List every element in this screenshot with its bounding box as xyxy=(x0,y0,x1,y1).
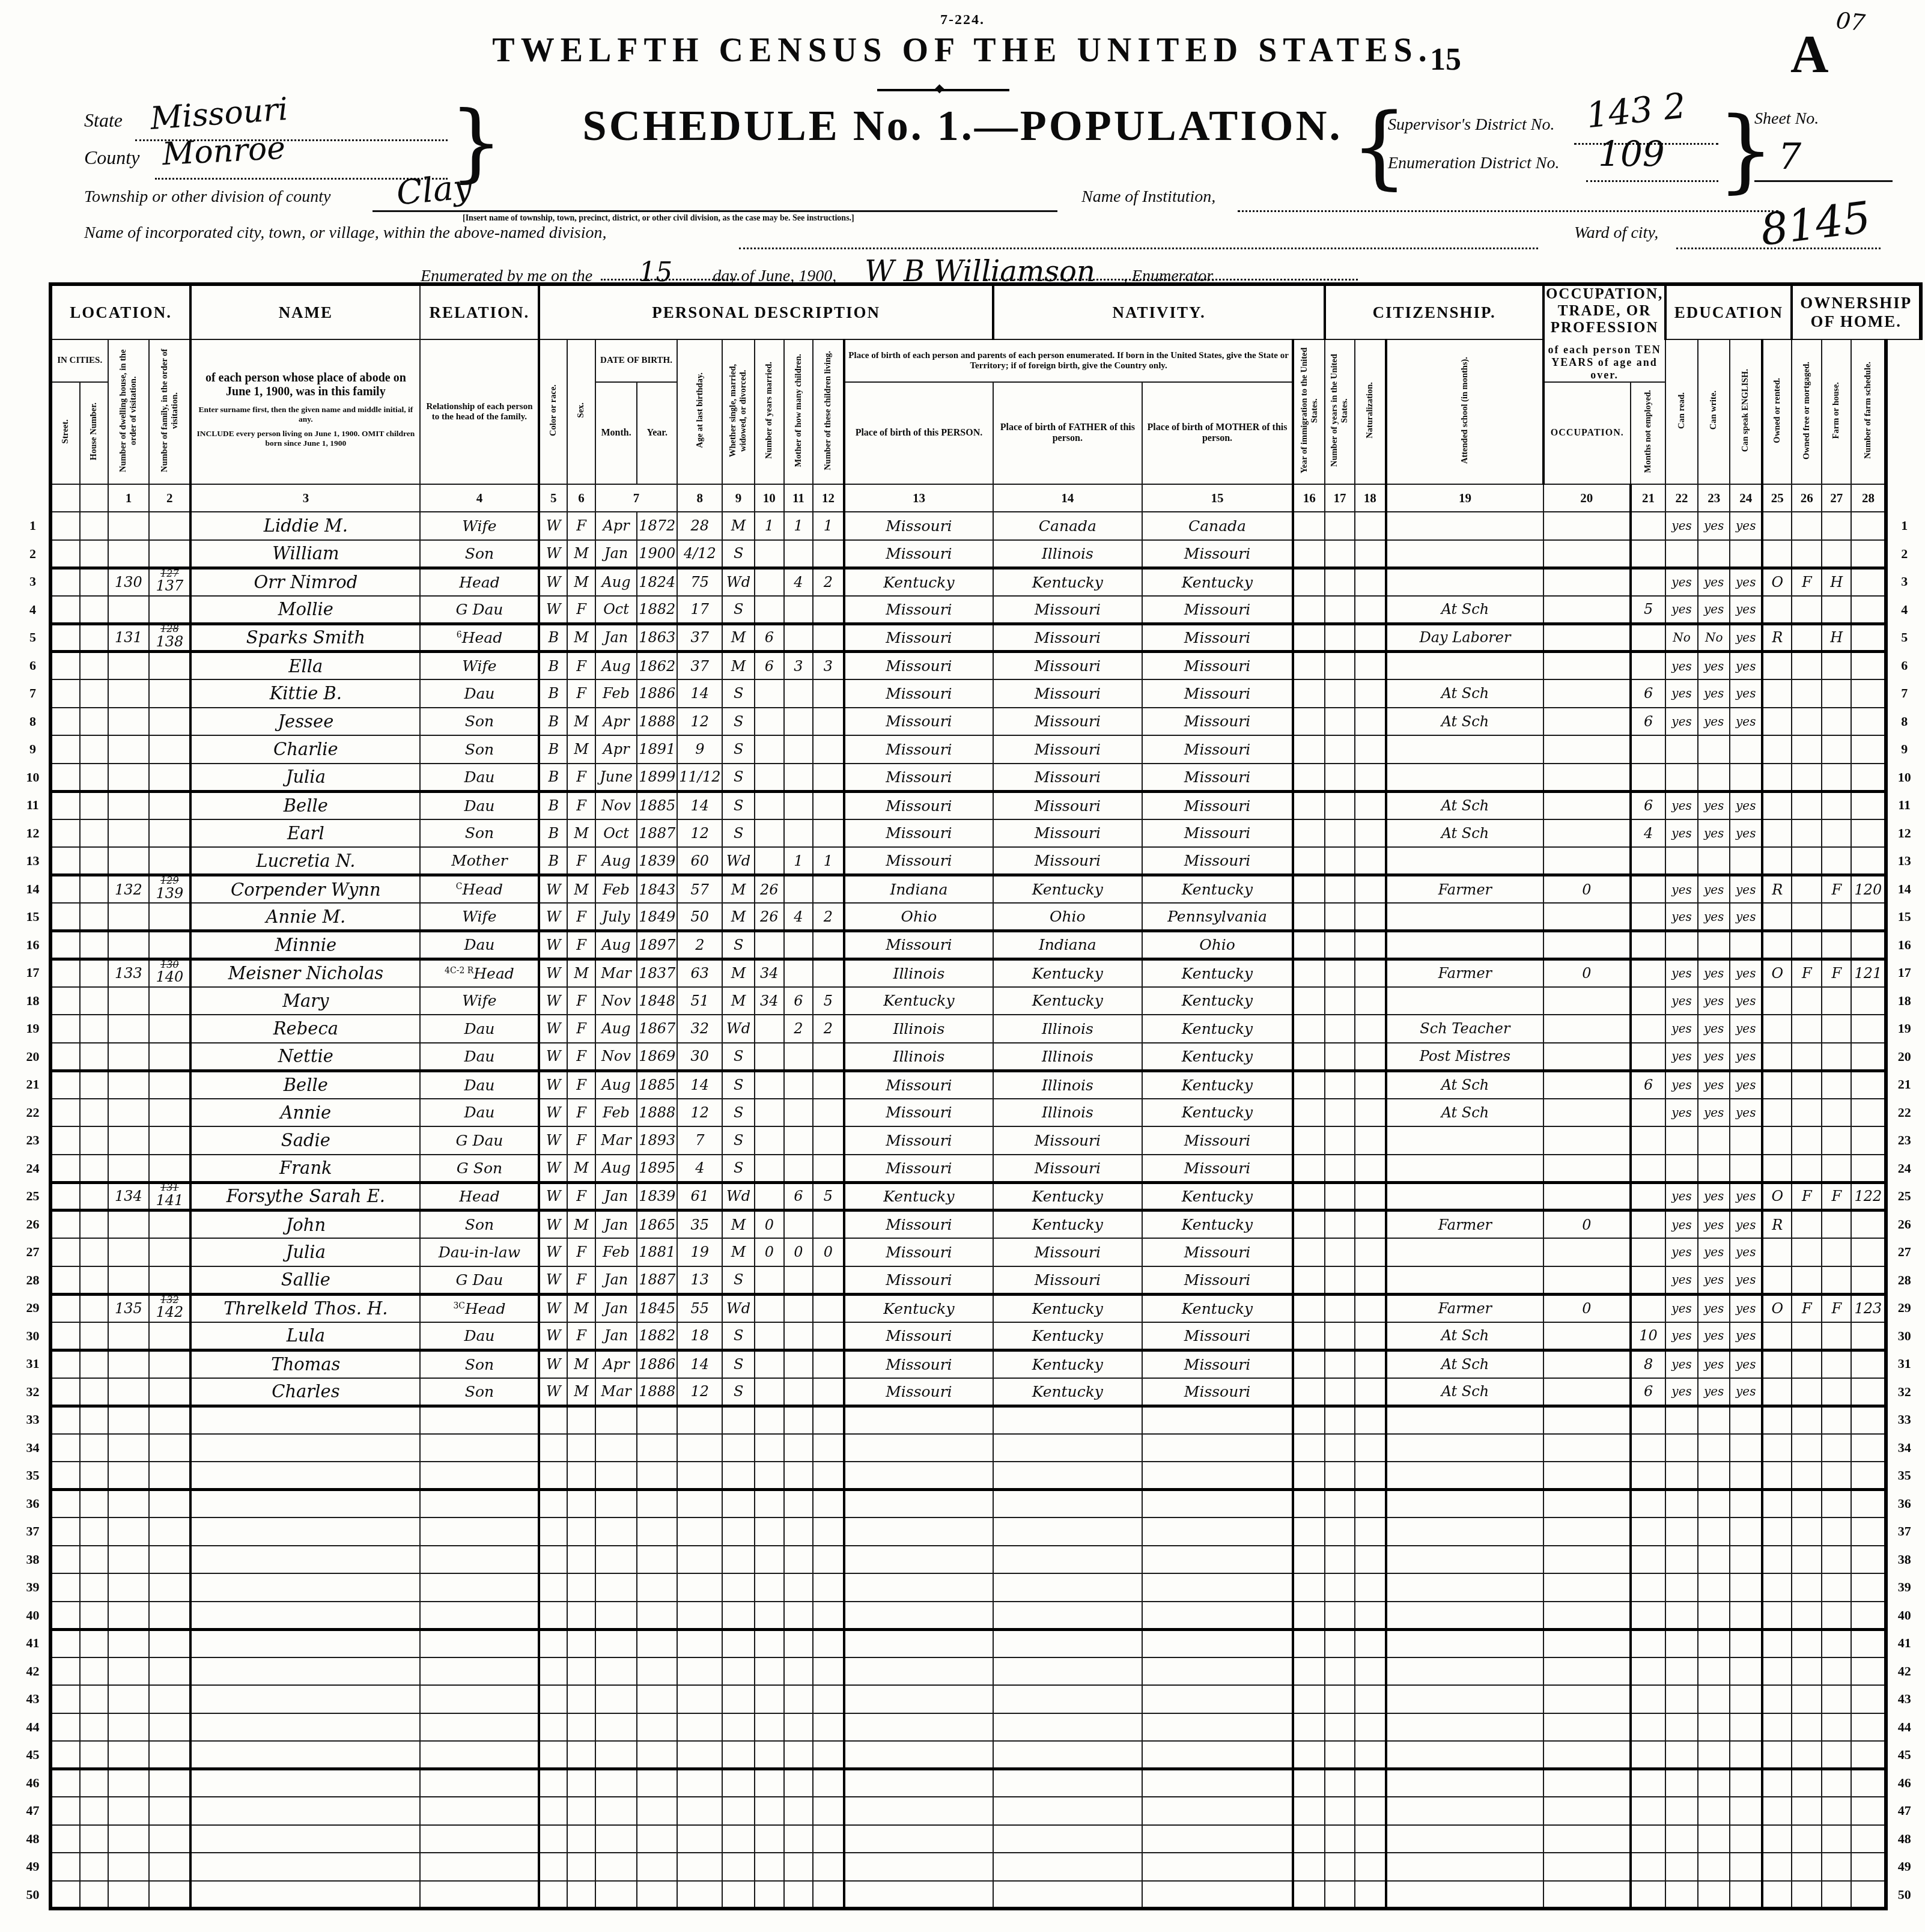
cell-cl xyxy=(813,1294,844,1322)
cell-mc xyxy=(784,1797,813,1825)
cell-wr: yes xyxy=(1698,1071,1730,1099)
cell-rl: Dau xyxy=(420,679,539,708)
census-row: 4040 xyxy=(17,1602,1925,1630)
cell-street xyxy=(50,1071,80,1099)
cell-p3 xyxy=(1142,1517,1294,1546)
cell-p3: Kentucky xyxy=(1142,875,1294,904)
col-pob-father-header: Place of birth of FATHER of this person. xyxy=(993,382,1142,484)
cell-mc: 1 xyxy=(784,512,813,540)
cell-ag: 55 xyxy=(677,1294,722,1322)
cell-sc xyxy=(1631,1182,1665,1211)
cell-p2: Missouri xyxy=(993,1266,1142,1295)
cell-p2: Missouri xyxy=(993,764,1142,792)
cell-s: M xyxy=(567,1294,595,1322)
cell-ms xyxy=(722,1629,754,1657)
line-number-left: 12 xyxy=(17,819,50,848)
cell-street xyxy=(50,1517,80,1546)
cell-p2 xyxy=(993,1685,1142,1713)
cell-by: 1881 xyxy=(637,1238,677,1266)
cell-yu xyxy=(1325,1155,1354,1183)
cell-iy xyxy=(1293,847,1325,875)
cell-ms: S xyxy=(722,1155,754,1183)
cell-nm: Forsythe Sarah E. xyxy=(190,1182,420,1211)
cell-ag: 37 xyxy=(677,652,722,680)
line-number-left: 45 xyxy=(17,1741,50,1769)
cell-na xyxy=(1355,1825,1386,1853)
cell-rl: Head xyxy=(420,1182,539,1211)
cell-ms: S xyxy=(722,596,754,624)
cell-rd xyxy=(1665,1155,1698,1183)
census-row: 27JuliaDau-in-lawWFFeb188119M000Missouri… xyxy=(17,1238,1925,1266)
census-row: 11BelleDauBFNov188514SMissouriMissouriMi… xyxy=(17,791,1925,819)
cell-mu xyxy=(1543,1378,1631,1406)
cell-street xyxy=(50,1099,80,1127)
cell-street xyxy=(50,540,80,568)
cell-ym: 34 xyxy=(755,959,784,987)
cell-rd: yes xyxy=(1665,1238,1698,1266)
cell-ns xyxy=(1851,624,1886,652)
cell-nm: Annie M. xyxy=(190,903,420,931)
cell-p3: Kentucky xyxy=(1142,568,1294,596)
cell-ms: S xyxy=(722,764,754,792)
line-number-left: 49 xyxy=(17,1853,50,1881)
cell-f: 129139 xyxy=(149,875,190,904)
cell-iy xyxy=(1293,1406,1325,1434)
cell-c: W xyxy=(539,1294,567,1322)
cell-fh xyxy=(1822,1434,1852,1462)
cell-ms xyxy=(722,1853,754,1881)
cell-ns xyxy=(1851,931,1886,959)
cell-ms xyxy=(722,1573,754,1602)
cell-street xyxy=(50,1238,80,1266)
cell-p2 xyxy=(993,1546,1142,1574)
cell-yu xyxy=(1325,1043,1354,1071)
cell-c xyxy=(539,1462,567,1490)
cell-s: F xyxy=(567,512,595,540)
cell-street xyxy=(50,1741,80,1769)
census-row: 2WilliamSonWMJan19004/12SMissouriIllinoi… xyxy=(17,540,1925,568)
cell-house xyxy=(80,1825,108,1853)
cell-p3: Missouri xyxy=(1142,1266,1294,1295)
ed-label: Enumeration District No. xyxy=(1388,154,1559,173)
cell-rl xyxy=(420,1881,539,1909)
cell-fr: F xyxy=(1792,568,1822,596)
cell-rd xyxy=(1665,1657,1698,1686)
cell-rd: yes xyxy=(1665,1294,1698,1322)
cell-d xyxy=(108,1685,150,1713)
sd-label: Supervisor's District No. xyxy=(1388,115,1554,135)
cell-en: yes xyxy=(1730,1238,1762,1266)
cell-rl xyxy=(420,1573,539,1602)
cell-en xyxy=(1730,1629,1762,1657)
cell-fr xyxy=(1792,1517,1822,1546)
cell-nm xyxy=(190,1602,420,1630)
cell-p2: Missouri xyxy=(993,652,1142,680)
cell-ym xyxy=(755,1126,784,1155)
cell-by xyxy=(637,1434,677,1462)
cell-sc xyxy=(1631,931,1665,959)
cell-en xyxy=(1730,1881,1762,1909)
cell-p3 xyxy=(1142,1546,1294,1574)
num-blank xyxy=(50,484,80,512)
cell-ns xyxy=(1851,791,1886,819)
cell-yu xyxy=(1325,1741,1354,1769)
cell-p2 xyxy=(993,1657,1142,1686)
cell-fh xyxy=(1822,1602,1852,1630)
cell-yu xyxy=(1325,1853,1354,1881)
cell-rd xyxy=(1665,1685,1698,1713)
cell-f xyxy=(149,1517,190,1546)
cell-rd: yes xyxy=(1665,1211,1698,1239)
col-number: 5 xyxy=(539,484,567,512)
cell-rl: G Dau xyxy=(420,1126,539,1155)
cell-nm: Mary xyxy=(190,987,420,1015)
cell-fr xyxy=(1792,1322,1822,1350)
cell-ow xyxy=(1762,1853,1792,1881)
cell-mu xyxy=(1543,819,1631,848)
cell-fh xyxy=(1822,1155,1852,1183)
cell-mc xyxy=(784,1434,813,1462)
cell-mu xyxy=(1543,847,1631,875)
cell-by: 1863 xyxy=(637,624,677,652)
in-cities-header: IN CITIES. xyxy=(50,339,108,382)
cell-p1 xyxy=(844,1853,993,1881)
cell-sc: 6 xyxy=(1631,1378,1665,1406)
cell-na xyxy=(1355,1602,1386,1630)
cell-mu xyxy=(1543,1685,1631,1713)
cell-ym xyxy=(755,1629,784,1657)
cell-s xyxy=(567,1685,595,1713)
cell-nm xyxy=(190,1713,420,1742)
cell-en xyxy=(1730,540,1762,568)
cell-ym xyxy=(755,540,784,568)
cell-na xyxy=(1355,1378,1386,1406)
cell-f xyxy=(149,1546,190,1574)
cell-street xyxy=(50,735,80,764)
cell-sc: 8 xyxy=(1631,1350,1665,1378)
cell-c xyxy=(539,1853,567,1881)
cell-fh xyxy=(1822,1881,1852,1909)
census-row: 25134131141Forsythe Sarah E.HeadWFJan183… xyxy=(17,1182,1925,1211)
cell-cl xyxy=(813,959,844,987)
cell-p2: Illinois xyxy=(993,1071,1142,1099)
cell-ow xyxy=(1762,903,1792,931)
col-number: 25 xyxy=(1762,484,1792,512)
cell-ag xyxy=(677,1881,722,1909)
cell-mu xyxy=(1543,1071,1631,1099)
cell-ow xyxy=(1762,1657,1792,1686)
col-number: 13 xyxy=(844,484,993,512)
cell-bm: Jan xyxy=(595,540,637,568)
line-number-right: 2 xyxy=(1886,540,1921,568)
cell-en: yes xyxy=(1730,875,1762,904)
cell-ms: S xyxy=(722,1099,754,1127)
cell-p1: Kentucky xyxy=(844,1294,993,1322)
cell-rl: Son xyxy=(420,708,539,736)
cell-rl: Dau xyxy=(420,931,539,959)
cell-ow xyxy=(1762,1155,1792,1183)
col-number: 1 xyxy=(108,484,150,512)
cell-bm xyxy=(595,1434,637,1462)
cell-s: M xyxy=(567,540,595,568)
cell-bm xyxy=(595,1462,637,1490)
cell-fh xyxy=(1822,1517,1852,1546)
cell-ns xyxy=(1851,1322,1886,1350)
cell-ow xyxy=(1762,1266,1792,1295)
line-number-right: 29 xyxy=(1886,1294,1921,1322)
cell-na xyxy=(1355,1490,1386,1518)
cell-fh xyxy=(1822,903,1852,931)
cell-p3: Missouri xyxy=(1142,1155,1294,1183)
cell-ym: 6 xyxy=(755,652,784,680)
cell-nm: Belle xyxy=(190,791,420,819)
line-number-right: 15 xyxy=(1886,903,1921,931)
cell-f xyxy=(149,1657,190,1686)
cell-p1: Missouri xyxy=(844,1266,993,1295)
township-value: Clay xyxy=(395,168,473,213)
cell-p2: Illinois xyxy=(993,1099,1142,1127)
cell-d xyxy=(108,1602,150,1630)
cell-d xyxy=(108,1238,150,1266)
line-number-right: 6 xyxy=(1886,652,1921,680)
line-number-right: 30 xyxy=(1886,1322,1921,1350)
cell-d xyxy=(108,1853,150,1881)
cell-yu xyxy=(1325,1629,1354,1657)
line-number-right: 27 xyxy=(1886,1238,1921,1266)
cell-p2: Kentucky xyxy=(993,1350,1142,1378)
cell-nm: Kittie B. xyxy=(190,679,420,708)
cell-rl xyxy=(420,1490,539,1518)
col-marital-header: Whether single, married, widowed, or div… xyxy=(722,339,754,484)
line-number-left: 44 xyxy=(17,1713,50,1742)
line-number-right: 36 xyxy=(1886,1490,1921,1518)
cell-cl: 2 xyxy=(813,1015,844,1043)
cell-ow xyxy=(1762,1629,1792,1657)
col-number: 22 xyxy=(1665,484,1698,512)
cell-iy xyxy=(1293,1155,1325,1183)
cell-p3: Kentucky xyxy=(1142,987,1294,1015)
cell-rd xyxy=(1665,1602,1698,1630)
line-number-right: 10 xyxy=(1886,764,1921,792)
dob-header: DATE OF BIRTH. xyxy=(595,339,677,382)
line-number-left: 22 xyxy=(17,1099,50,1127)
line-number-right: 41 xyxy=(1886,1629,1921,1657)
cell-p3: Missouri xyxy=(1142,1126,1294,1155)
cell-yu xyxy=(1325,1015,1354,1043)
cell-na xyxy=(1355,708,1386,736)
cell-c: W xyxy=(539,1126,567,1155)
cell-rl xyxy=(420,1685,539,1713)
cell-fr xyxy=(1792,512,1822,540)
cell-rl xyxy=(420,1546,539,1574)
institution-label: Name of Institution, xyxy=(1081,187,1215,207)
cell-street xyxy=(50,1406,80,1434)
cell-sc xyxy=(1631,987,1665,1015)
cell-c xyxy=(539,1434,567,1462)
cell-rl: Dau xyxy=(420,1099,539,1127)
cell-p2: Illinois xyxy=(993,540,1142,568)
cell-nm xyxy=(190,1517,420,1546)
cell-bm xyxy=(595,1825,637,1853)
cell-mc xyxy=(784,1602,813,1630)
cell-cl xyxy=(813,679,844,708)
cell-by: 1887 xyxy=(637,1266,677,1295)
line-number-left: 19 xyxy=(17,1015,50,1043)
census-row: 24FrankG SonWMAug18954SMissouriMissouriM… xyxy=(17,1155,1925,1183)
cell-cl xyxy=(813,596,844,624)
cell-ms xyxy=(722,1462,754,1490)
cell-d xyxy=(108,1099,150,1127)
cell-sc xyxy=(1631,1406,1665,1434)
county-value: Monroe xyxy=(162,130,287,173)
cell-nm xyxy=(190,1434,420,1462)
cell-p2: Missouri xyxy=(993,708,1142,736)
cell-house xyxy=(80,1853,108,1881)
cell-bm xyxy=(595,1741,637,1769)
cell-d xyxy=(108,987,150,1015)
cell-mc: 6 xyxy=(784,987,813,1015)
cell-yu xyxy=(1325,1769,1354,1797)
cell-p3 xyxy=(1142,1853,1294,1881)
cell-c: W xyxy=(539,1378,567,1406)
cell-p1 xyxy=(844,1517,993,1546)
cell-na xyxy=(1355,568,1386,596)
cell-f: 130140 xyxy=(149,959,190,987)
cell-yu xyxy=(1325,1517,1354,1546)
cell-wr xyxy=(1698,1517,1730,1546)
line-number-right: 50 xyxy=(1886,1881,1921,1909)
cell-ag xyxy=(677,1713,722,1742)
line-number-right: 33 xyxy=(1886,1406,1921,1434)
cell-ag: 4 xyxy=(677,1155,722,1183)
cell-wr xyxy=(1698,1573,1730,1602)
census-row: 23SadieG DauWFMar18937SMissouriMissouriM… xyxy=(17,1126,1925,1155)
cell-cl xyxy=(813,1490,844,1518)
cell-d xyxy=(108,1573,150,1602)
cell-bm: Nov xyxy=(595,987,637,1015)
cell-nm xyxy=(190,1769,420,1797)
cell-ow xyxy=(1762,596,1792,624)
cell-rd xyxy=(1665,1434,1698,1462)
cell-mu xyxy=(1543,987,1631,1015)
cell-iy xyxy=(1293,875,1325,904)
cell-ow xyxy=(1762,1685,1792,1713)
cell-sc: 6 xyxy=(1631,708,1665,736)
cell-en: yes xyxy=(1730,1322,1762,1350)
cell-en xyxy=(1730,1546,1762,1574)
cell-d: 133 xyxy=(108,959,150,987)
cell-wr: yes xyxy=(1698,1266,1730,1295)
cell-bm xyxy=(595,1769,637,1797)
group-name: NAME xyxy=(190,284,420,339)
cell-iy xyxy=(1293,1797,1325,1825)
cell-bm: Aug xyxy=(595,847,637,875)
col-number: 28 xyxy=(1851,484,1886,512)
cell-p1: Kentucky xyxy=(844,1182,993,1211)
cell-fh: F xyxy=(1822,1182,1852,1211)
cell-fr xyxy=(1792,1126,1822,1155)
cell-street xyxy=(50,903,80,931)
cell-yu xyxy=(1325,764,1354,792)
census-row: 5131128138Sparks Smith6HeadBMJan186337M6… xyxy=(17,624,1925,652)
cell-c: W xyxy=(539,959,567,987)
cell-mc: 2 xyxy=(784,1015,813,1043)
cell-yu xyxy=(1325,1266,1354,1295)
cell-mc xyxy=(784,1043,813,1071)
cell-yu xyxy=(1325,1797,1354,1825)
cell-iy xyxy=(1293,1657,1325,1686)
col-family-header: Number of family, in the order of visita… xyxy=(149,339,190,484)
cell-wr: yes xyxy=(1698,1294,1730,1322)
cell-en: yes xyxy=(1730,959,1762,987)
line-number-left: 24 xyxy=(17,1155,50,1183)
cell-mu xyxy=(1543,1797,1631,1825)
cell-fh: H xyxy=(1822,568,1852,596)
cell-ms: M xyxy=(722,512,754,540)
cell-fr xyxy=(1792,1657,1822,1686)
cell-house xyxy=(80,1573,108,1602)
sheet-value: 7 xyxy=(1778,136,1801,178)
cell-ns xyxy=(1851,819,1886,848)
cell-mu xyxy=(1543,1741,1631,1769)
cell-f xyxy=(149,1266,190,1295)
census-row: 3333 xyxy=(17,1406,1925,1434)
cell-s: F xyxy=(567,596,595,624)
cell-nm: Charlie xyxy=(190,735,420,764)
cell-s: F xyxy=(567,931,595,959)
township-note: [Insert name of township, town, precinct… xyxy=(463,214,854,223)
cell-p2 xyxy=(993,1853,1142,1881)
cell-sc: 10 xyxy=(1631,1322,1665,1350)
cell-rd: yes xyxy=(1665,1015,1698,1043)
cell-p1: Missouri xyxy=(844,1238,993,1266)
cell-s xyxy=(567,1881,595,1909)
cell-s: F xyxy=(567,1071,595,1099)
cell-bm: Oct xyxy=(595,819,637,848)
cell-cl xyxy=(813,1573,844,1602)
cell-ow xyxy=(1762,847,1792,875)
cell-oc xyxy=(1386,1881,1543,1909)
cell-nm: Jessee xyxy=(190,708,420,736)
line-number-right: 7 xyxy=(1886,679,1921,708)
cell-street xyxy=(50,819,80,848)
cell-nm: Belle xyxy=(190,1071,420,1099)
cell-ms: M xyxy=(722,624,754,652)
cell-bm: Aug xyxy=(595,568,637,596)
cell-ag xyxy=(677,1406,722,1434)
cell-oc xyxy=(1386,512,1543,540)
cell-nm: John xyxy=(190,1211,420,1239)
cell-d xyxy=(108,1769,150,1797)
cell-street xyxy=(50,1294,80,1322)
cell-oc xyxy=(1386,652,1543,680)
cell-ag: 12 xyxy=(677,708,722,736)
cell-mu xyxy=(1543,624,1631,652)
line-number-right: 19 xyxy=(1886,1015,1921,1043)
cell-oc xyxy=(1386,540,1543,568)
cell-ow xyxy=(1762,1602,1792,1630)
cell-ag: 14 xyxy=(677,791,722,819)
cell-street xyxy=(50,1266,80,1295)
line-number-right: 46 xyxy=(1886,1769,1921,1797)
cell-wr xyxy=(1698,1434,1730,1462)
col-year-header: Year. xyxy=(637,382,677,484)
cell-d xyxy=(108,540,150,568)
cell-cl xyxy=(813,1434,844,1462)
cell-mc xyxy=(784,624,813,652)
cell-sc xyxy=(1631,1629,1665,1657)
cell-mc xyxy=(784,1099,813,1127)
